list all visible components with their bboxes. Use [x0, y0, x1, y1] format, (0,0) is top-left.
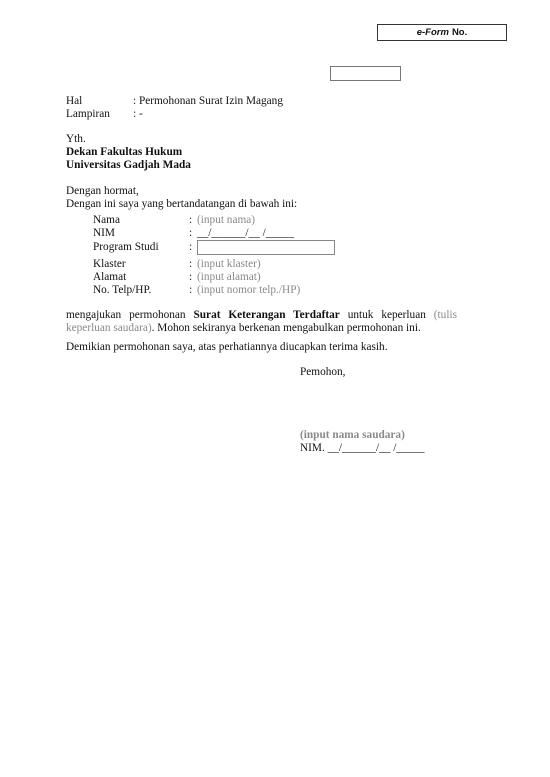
field-label: Nama [93, 214, 189, 227]
field-colon: : [189, 214, 197, 227]
field-label: Alamat [93, 271, 189, 284]
request-paragraph: mengajukan permohonan Surat Keterangan T… [66, 309, 457, 335]
recipient-salutation: Yth. [66, 133, 191, 146]
greeting: Dengan hormat, [66, 185, 297, 198]
p1-mid: untuk keperluan [340, 309, 434, 321]
p1-end: . Mohon sekiranya berkenan mengabulkan p… [152, 322, 421, 334]
subject-hal-row: Hal : Permohonan Surat Izin Magang [66, 95, 283, 108]
field-colon: : [189, 258, 197, 271]
closing-paragraph: Demikian permohonan saya, atas perhatian… [66, 341, 388, 354]
eform-number-box: e-Form No. [377, 24, 507, 41]
document-type: Surat Keterangan Terdaftar [193, 309, 339, 321]
eform-label: e-Form [417, 26, 449, 39]
hal-label: Hal [66, 95, 133, 108]
eform-no-label: No. [452, 26, 467, 39]
klaster-input[interactable]: (input klaster) [197, 258, 261, 271]
alamat-input[interactable]: (input alamat) [197, 271, 261, 284]
hal-value: : Permohonan Surat Izin Magang [133, 95, 283, 108]
field-label: NIM [93, 227, 189, 240]
recipient-line2: Universitas Gadjah Mada [66, 159, 191, 172]
nim-input[interactable]: __/______/__ /_____ [197, 227, 294, 240]
nama-input[interactable]: (input nama) [197, 214, 255, 227]
letter-number-field[interactable] [330, 66, 401, 81]
field-colon: : [189, 271, 197, 284]
signature-closing: Pemohon, [300, 366, 346, 379]
opening-block: Dengan hormat, Dengan ini saya yang bert… [66, 185, 297, 211]
lampiran-value: : - [133, 108, 143, 121]
lampiran-label: Lampiran [66, 108, 133, 121]
field-label: No. Telp/HP. [93, 284, 189, 297]
applicant-fields: Nama : (input nama) NIM : __/______/__ /… [93, 214, 335, 297]
subject-lampiran-row: Lampiran : - [66, 108, 283, 121]
field-colon: : [189, 227, 197, 240]
field-row-alamat: Alamat : (input alamat) [93, 271, 335, 284]
p1-start: mengajukan permohonan [66, 309, 193, 321]
field-row-klaster: Klaster : (input klaster) [93, 258, 335, 271]
telp-input[interactable]: (input nomor telp./HP) [197, 284, 300, 297]
field-row-telp: No. Telp/HP. : (input nomor telp./HP) [93, 284, 335, 297]
signature-nim[interactable]: NIM. __/______/__ /_____ [300, 442, 425, 455]
signature-name-input[interactable]: (input nama saudara) [300, 429, 405, 442]
field-colon: : [189, 241, 197, 258]
subject-block: Hal : Permohonan Surat Izin Magang Lampi… [66, 95, 283, 121]
recipient-block: Yth. Dekan Fakultas Hukum Universitas Ga… [66, 133, 191, 172]
intro-text: Dengan ini saya yang bertandatangan di b… [66, 198, 297, 211]
recipient-line1: Dekan Fakultas Hukum [66, 146, 191, 159]
field-row-nama: Nama : (input nama) [93, 214, 335, 227]
field-label: Klaster [93, 258, 189, 271]
field-label: Program Studi [93, 241, 189, 258]
field-row-program-studi: Program Studi : [93, 240, 335, 258]
program-studi-input[interactable] [197, 240, 335, 255]
field-colon: : [189, 284, 197, 297]
field-row-nim: NIM : __/______/__ /_____ [93, 227, 335, 240]
